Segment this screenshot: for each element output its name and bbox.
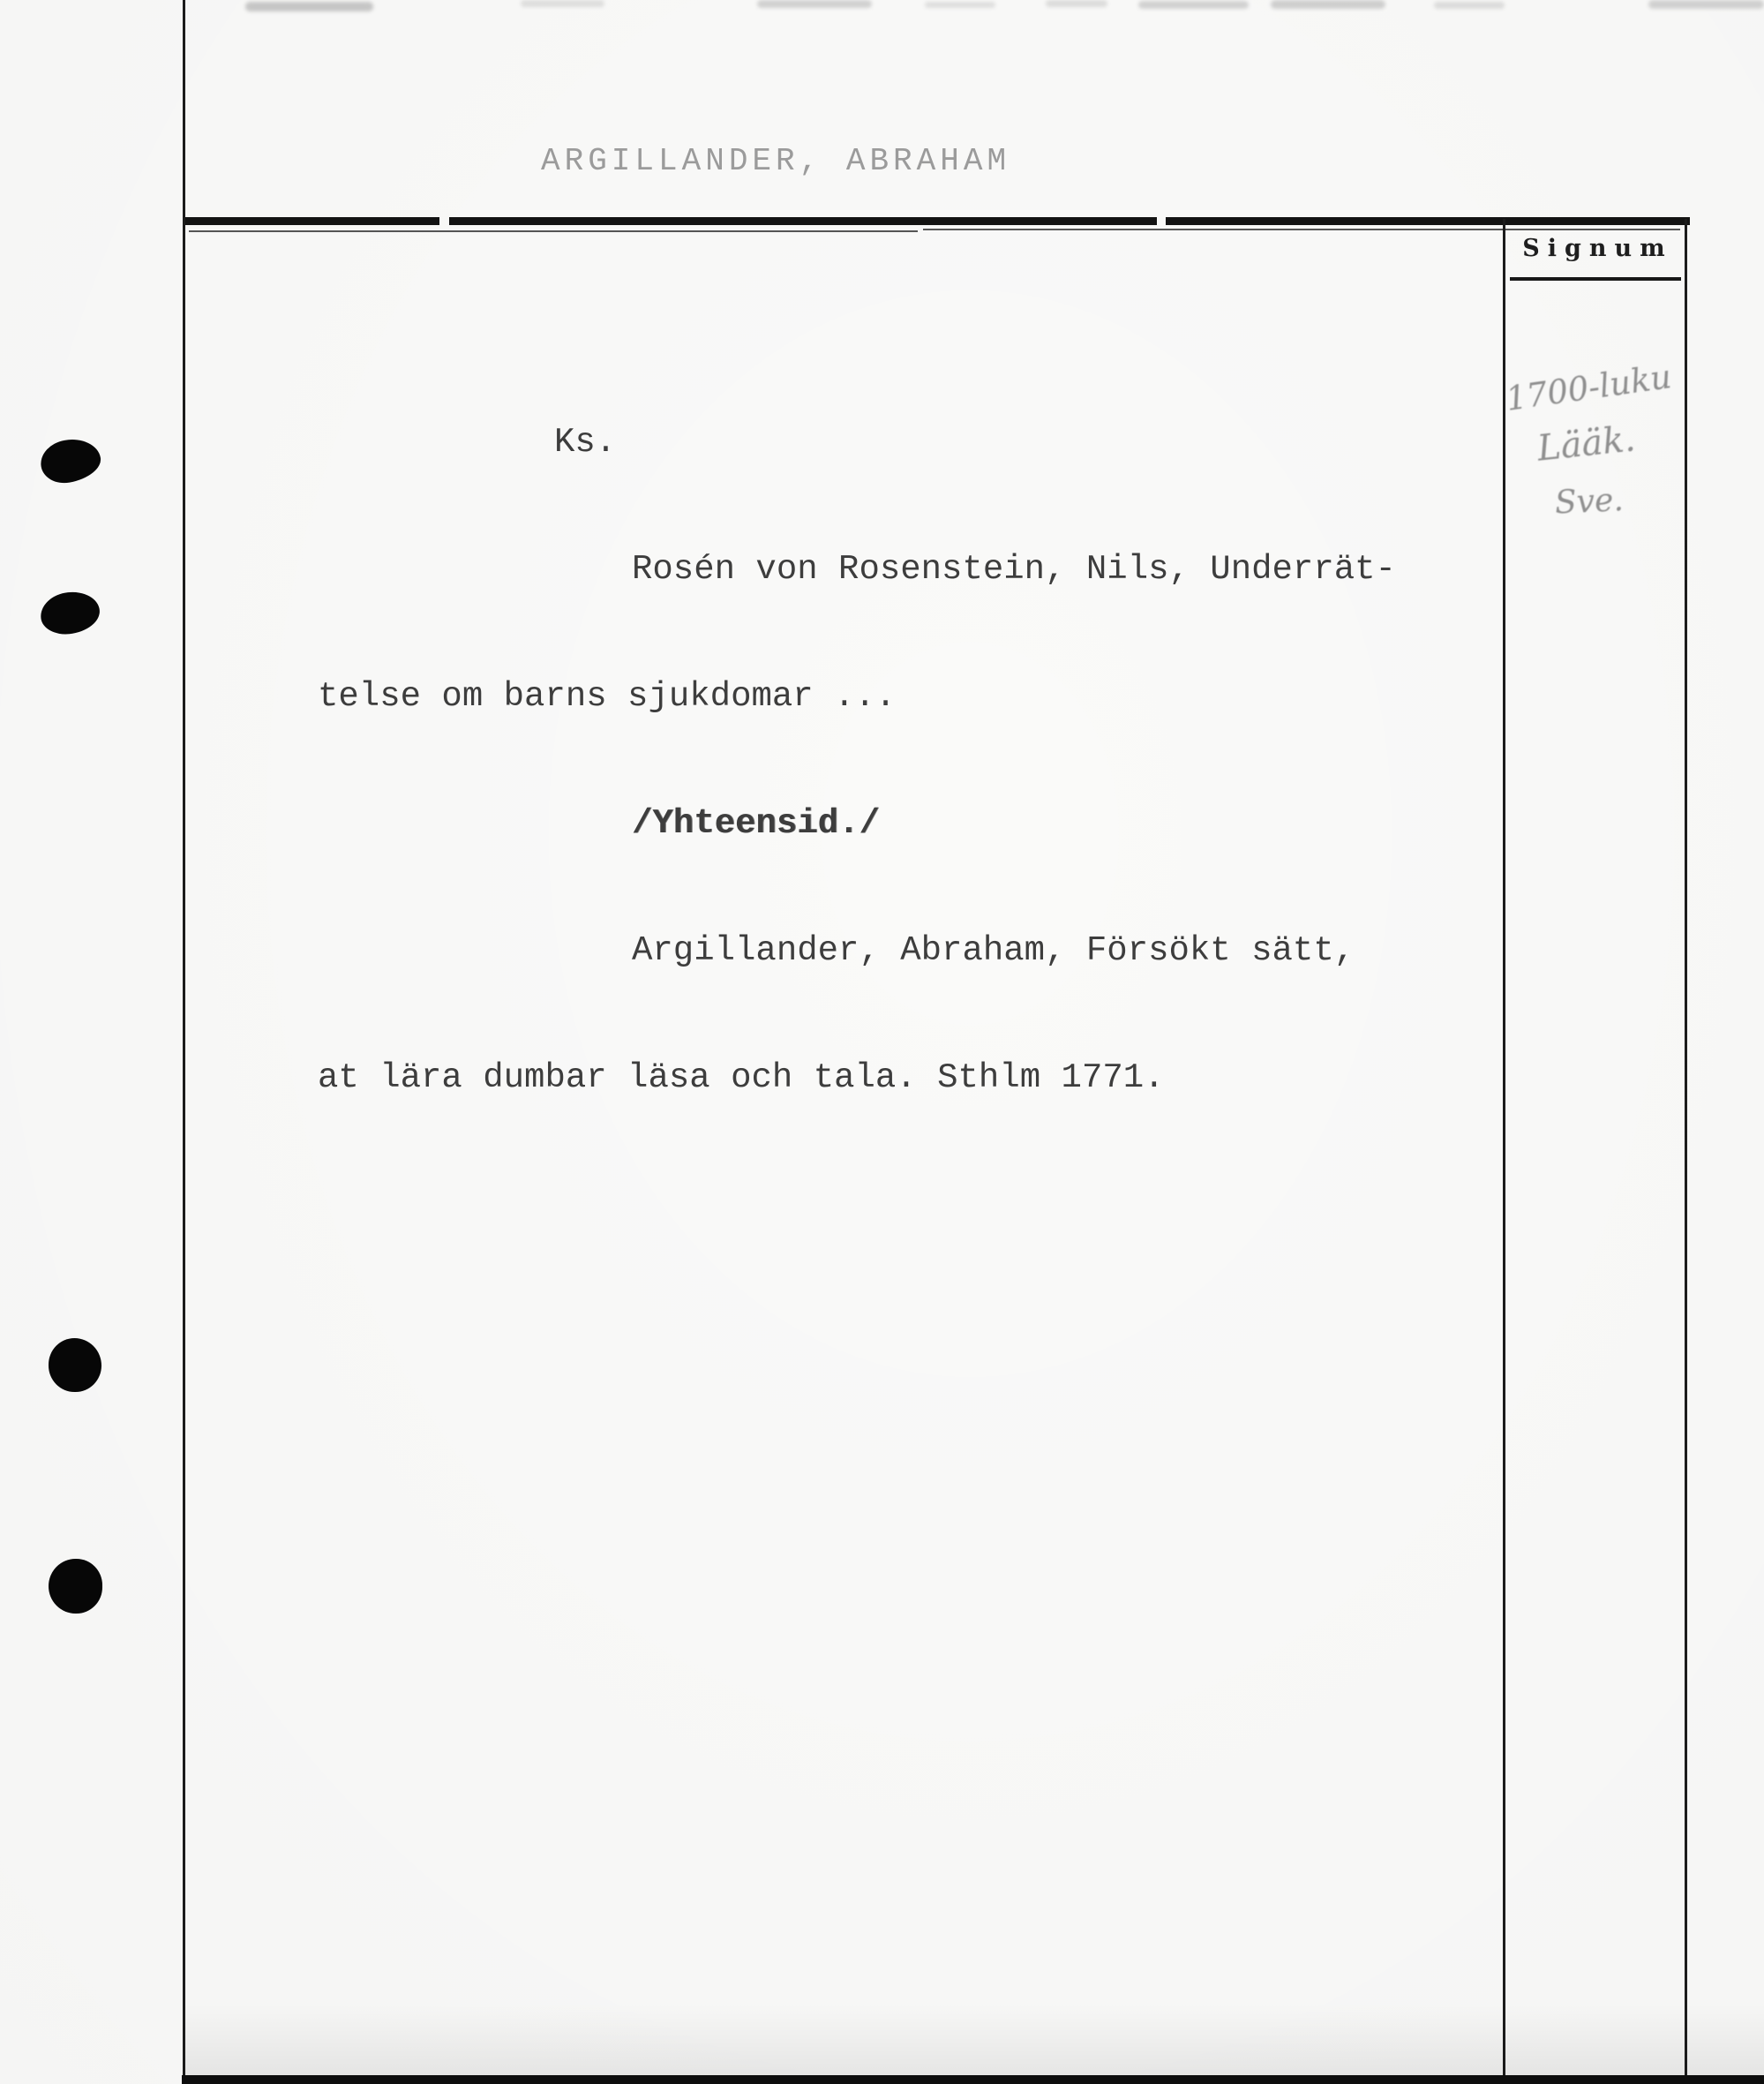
punch-hole xyxy=(49,1338,101,1392)
entry-line: Rosén von Rosenstein, Nils, Underrät- xyxy=(0,548,1500,591)
bottom-scan-shading xyxy=(183,2004,1764,2075)
entry-line: Argillander, Abraham, Försökt sätt, xyxy=(0,929,1500,972)
scan-smudge xyxy=(925,2,995,8)
signum-header-underline xyxy=(1510,277,1681,281)
header-rule-thick xyxy=(449,217,1157,225)
entry-line-overtyped: /Yhteensid./ xyxy=(0,802,1500,845)
header-rule-thin xyxy=(189,230,918,232)
handwritten-note-language: Sve. xyxy=(1554,482,1625,522)
entry-line: at lära dumbar läsa och tala. Sthlm 1771… xyxy=(0,1057,1500,1099)
catalog-entry: Ks. Rosén von Rosenstein, Nils, Underrät… xyxy=(0,336,1500,1184)
scan-smudge xyxy=(1271,0,1385,9)
punch-hole xyxy=(49,1559,102,1614)
header-rule-thick xyxy=(1166,217,1690,225)
scan-smudge xyxy=(1648,0,1764,9)
entry-line: Ks. xyxy=(0,421,1500,463)
catalog-card-scan: ARGILLANDER, ABRAHAM Signum 1700-luku Lä… xyxy=(0,0,1764,2084)
scan-smudge xyxy=(1434,2,1505,9)
signum-column-right-line xyxy=(1685,219,1687,2084)
scan-smudge xyxy=(1138,1,1249,9)
scan-smudge xyxy=(245,2,373,11)
scan-smudge xyxy=(757,0,872,8)
header-rule-thin xyxy=(923,229,1680,230)
signum-column-left-line xyxy=(1503,219,1505,2084)
card-heading-name: ARGILLANDER, ABRAHAM xyxy=(541,143,1010,179)
scan-smudge xyxy=(1046,0,1107,7)
signum-column-header: Signum xyxy=(1503,235,1685,262)
handwritten-note-subject: Lääk. xyxy=(1535,418,1637,469)
handwritten-note-era: 1700-luku xyxy=(1504,357,1674,418)
bottom-scan-edge xyxy=(182,2075,1764,2084)
header-rule-thick xyxy=(184,217,439,225)
entry-line: telse om barns sjukdomar ... xyxy=(0,675,1500,718)
scan-smudge xyxy=(521,0,604,7)
